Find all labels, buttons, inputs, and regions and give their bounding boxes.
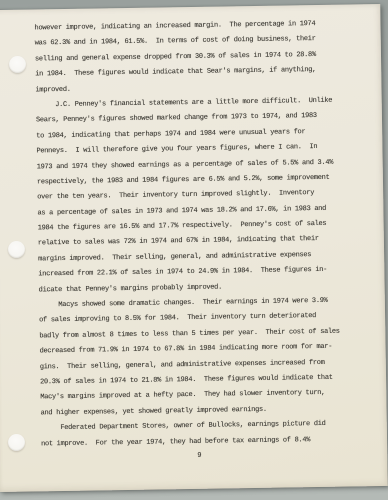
scanned-document: { "colors": { "bg": "#a9afac", "paper": … <box>0 0 388 500</box>
punch-hole-middle <box>8 241 25 258</box>
document-lines: however improve, indicating an increased… <box>34 16 373 452</box>
document-page: however improve, indicating an increased… <box>0 4 388 492</box>
document-text-block: however improve, indicating an increased… <box>34 16 373 467</box>
punch-hole-bottom <box>8 434 25 451</box>
punch-hole-top <box>9 56 26 73</box>
